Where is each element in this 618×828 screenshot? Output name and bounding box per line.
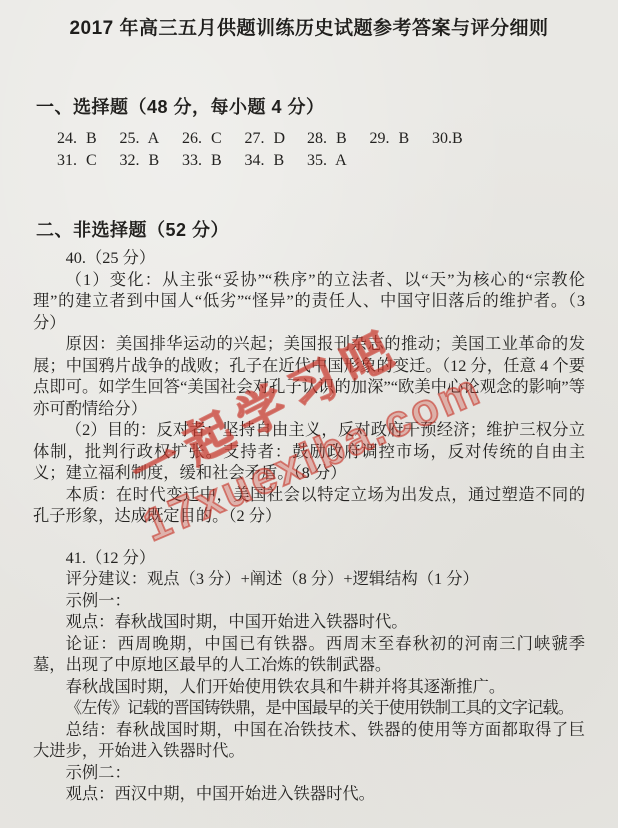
answer-paragraph: 观点：西汉中期，中国开始进入铁器时代。 <box>33 783 585 805</box>
answer-paragraph: 原因：美国排华运动的兴起；美国报刊杂志的推动；美国工业革命的发展；中国鸦片战争的… <box>33 333 585 419</box>
answer-item: 27. D <box>245 128 308 150</box>
answer-paragraph: 论证：西周晚期，中国已有铁器。西周末至春秋初的河南三门峡虢季墓，出现了中原地区最… <box>33 633 585 676</box>
section-heading-free-response: 二、非选择题（52 分） <box>36 216 229 242</box>
question-40-block: 40.（25 分） （1）变化：从主张“妥协”“秩序”的立法者、以“天”为核心的… <box>33 247 585 527</box>
answer-row-2: 31. C32. B33. B34. B35. A <box>57 150 495 172</box>
question-41-block: 41.（12 分） 评分建议：观点（3 分）+阐述（8 分）+逻辑结构（1 分）… <box>33 547 585 805</box>
answer-paragraph: 《左传》记载的晋国铸铁鼎，是中国最早的关于使用铁制工具的文字记载。 <box>33 697 585 719</box>
answer-item: 26. C <box>182 128 245 150</box>
answer-item: 28. B <box>307 128 370 150</box>
answer-row-1: 24. B25. A26. C27. D28. B29. B30.B <box>57 128 495 150</box>
answer-item: 30.B <box>432 128 495 150</box>
answer-item: 24. B <box>57 128 120 150</box>
free-response-body: 40.（25 分） （1）变化：从主张“妥协”“秩序”的立法者、以“天”为核心的… <box>33 247 585 805</box>
answer-item: 25. A <box>120 128 183 150</box>
answer-paragraph: 总结：春秋战国时期，中国在冶铁技术、铁器的使用等方面都取得了巨大进步，开始进入铁… <box>33 719 585 762</box>
answer-item: 31. C <box>57 150 120 172</box>
choice-answers: 24. B25. A26. C27. D28. B29. B30.B 31. C… <box>57 128 495 172</box>
answer-paragraph: 评分建议：观点（3 分）+阐述（8 分）+逻辑结构（1 分） <box>33 568 585 590</box>
question-number: 40.（25 分） <box>33 247 585 269</box>
answer-item: 34. B <box>245 150 308 172</box>
question-number: 41.（12 分） <box>33 547 585 569</box>
document-page: 2017 年高三五月供题训练历史试题参考答案与评分细则 一、选择题（48 分，每… <box>0 0 618 828</box>
answer-paragraph: （1）变化：从主张“妥协”“秩序”的立法者、以“天”为核心的“宗教伦理”的建立者… <box>33 269 585 334</box>
answer-paragraph: 春秋战国时期，人们开始使用铁农具和牛耕并将其逐渐推广。 <box>33 676 585 698</box>
answer-item: 32. B <box>120 150 183 172</box>
answer-paragraph: 观点：春秋战国时期，中国开始进入铁器时代。 <box>33 611 585 633</box>
answer-paragraph: 示例二： <box>33 762 585 784</box>
answer-paragraph: （2）目的：反对者：坚持自由主义，反对政府干预经济；维护三权分立体制，批判行政权… <box>33 419 585 484</box>
section-heading-choice: 一、选择题（48 分，每小题 4 分） <box>36 93 325 119</box>
document-title: 2017 年高三五月供题训练历史试题参考答案与评分细则 <box>0 13 618 40</box>
answer-paragraph: 本质：在时代变迁中，美国社会以特定立场为出发点，通过塑造不同的孔子形象，达成既定… <box>33 484 585 527</box>
answer-paragraph: 示例一： <box>33 590 585 612</box>
answer-item: 29. B <box>370 128 433 150</box>
answer-item: 35. A <box>307 150 370 172</box>
answer-item: 33. B <box>182 150 245 172</box>
